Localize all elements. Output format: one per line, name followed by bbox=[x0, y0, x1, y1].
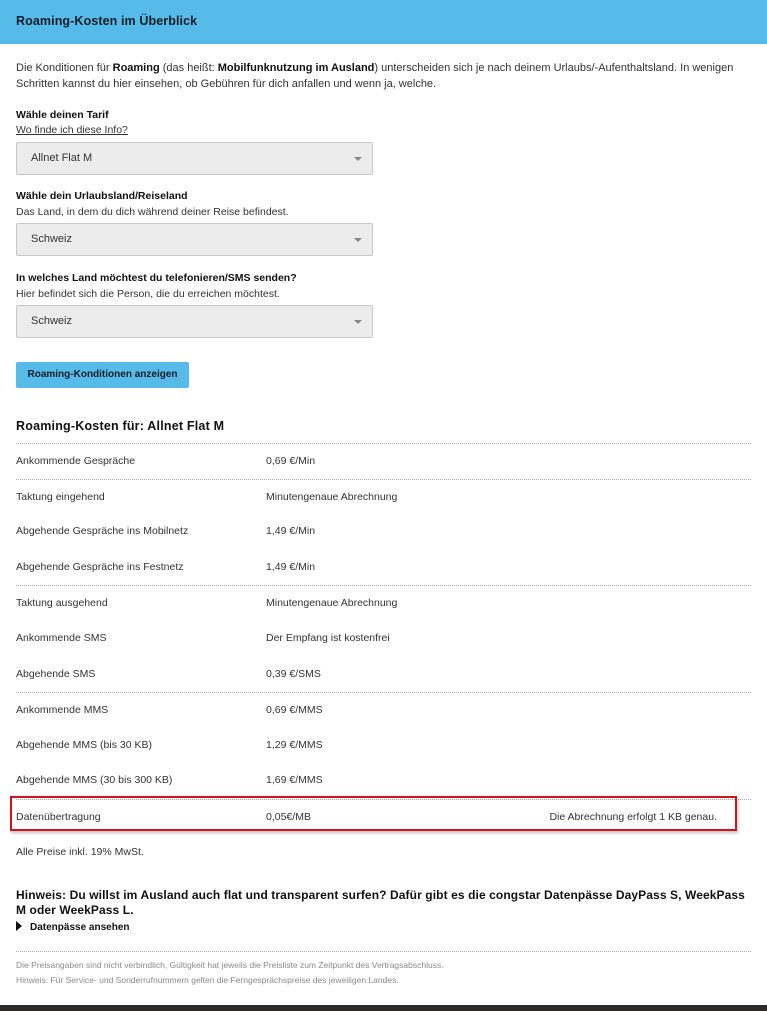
tariff-select-value: Allnet Flat M bbox=[31, 152, 92, 164]
table-row: Abgehende Gespräche ins Festnetz 1,49 €/… bbox=[16, 550, 751, 586]
footer-bar bbox=[0, 1005, 767, 1011]
table-row: Abgehende MMS (bis 30 KB) 1,29 €/MMS bbox=[16, 728, 751, 764]
disclaimer-text: Hinweis: Für Service- und Sonderrufnumme… bbox=[16, 975, 399, 985]
table-row: Abgehende MMS (30 bis 300 KB) 1,69 €/MMS bbox=[16, 763, 751, 799]
disclaimer-text: Die Preisangaben sind nicht verbindlich,… bbox=[16, 960, 444, 970]
travel-country-sublabel: Das Land, in dem du dich während deiner … bbox=[16, 206, 289, 218]
roaming-cost-table: Ankommende Gespräche 0,69 €/Min Taktung … bbox=[16, 443, 751, 835]
travel-country-label: Wähle dein Urlaubsland/Reiseland bbox=[16, 190, 188, 202]
travel-country-select-value: Schweiz bbox=[31, 233, 72, 245]
page-header: Roaming-Kosten im Überblick bbox=[0, 0, 767, 44]
tariff-help-link[interactable]: Wo finde ich diese Info? bbox=[16, 124, 128, 136]
table-row-data-transfer: Datenübertragung 0,05€/MB Die Abrechnung… bbox=[16, 799, 751, 835]
data-passes-link[interactable]: Datenpässe ansehen bbox=[16, 922, 130, 933]
table-row: Abgehende SMS 0,39 €/SMS bbox=[16, 657, 751, 693]
data-pass-hint: Hinweis: Du willst im Ausland auch flat … bbox=[16, 888, 756, 918]
divider bbox=[16, 951, 751, 952]
call-country-select[interactable]: Schweiz bbox=[16, 305, 373, 338]
page-title: Roaming-Kosten im Überblick bbox=[16, 14, 197, 28]
chevron-down-icon bbox=[354, 238, 362, 242]
table-row: Ankommende MMS 0,69 €/MMS bbox=[16, 692, 751, 728]
show-roaming-conditions-button[interactable]: Roaming-Konditionen anzeigen bbox=[16, 362, 189, 388]
intro-text: Die Konditionen für Roaming (das heißt: … bbox=[16, 60, 756, 92]
table-row: Abgehende Gespräche ins Mobilnetz 1,49 €… bbox=[16, 514, 751, 550]
vat-note: Alle Preise inkl. 19% MwSt. bbox=[16, 846, 144, 858]
call-country-label: In welches Land möchtest du telefonieren… bbox=[16, 272, 297, 284]
table-row: Taktung ausgehend Minutengenaue Abrechnu… bbox=[16, 585, 751, 621]
triangle-right-icon bbox=[16, 921, 22, 931]
table-row: Ankommende SMS Der Empfang ist kostenfre… bbox=[16, 621, 751, 657]
chevron-down-icon bbox=[354, 157, 362, 161]
travel-country-select[interactable]: Schweiz bbox=[16, 223, 373, 256]
chevron-down-icon bbox=[354, 320, 362, 324]
tariff-label: Wähle deinen Tarif bbox=[16, 109, 109, 121]
call-country-sublabel: Hier befindet sich die Person, die du er… bbox=[16, 288, 280, 300]
results-title: Roaming-Kosten für: Allnet Flat M bbox=[16, 419, 224, 433]
table-row: Taktung eingehend Minutengenaue Abrechnu… bbox=[16, 479, 751, 515]
call-country-select-value: Schweiz bbox=[31, 315, 72, 327]
table-row: Ankommende Gespräche 0,69 €/Min bbox=[16, 443, 751, 479]
tariff-select[interactable]: Allnet Flat M bbox=[16, 142, 373, 175]
